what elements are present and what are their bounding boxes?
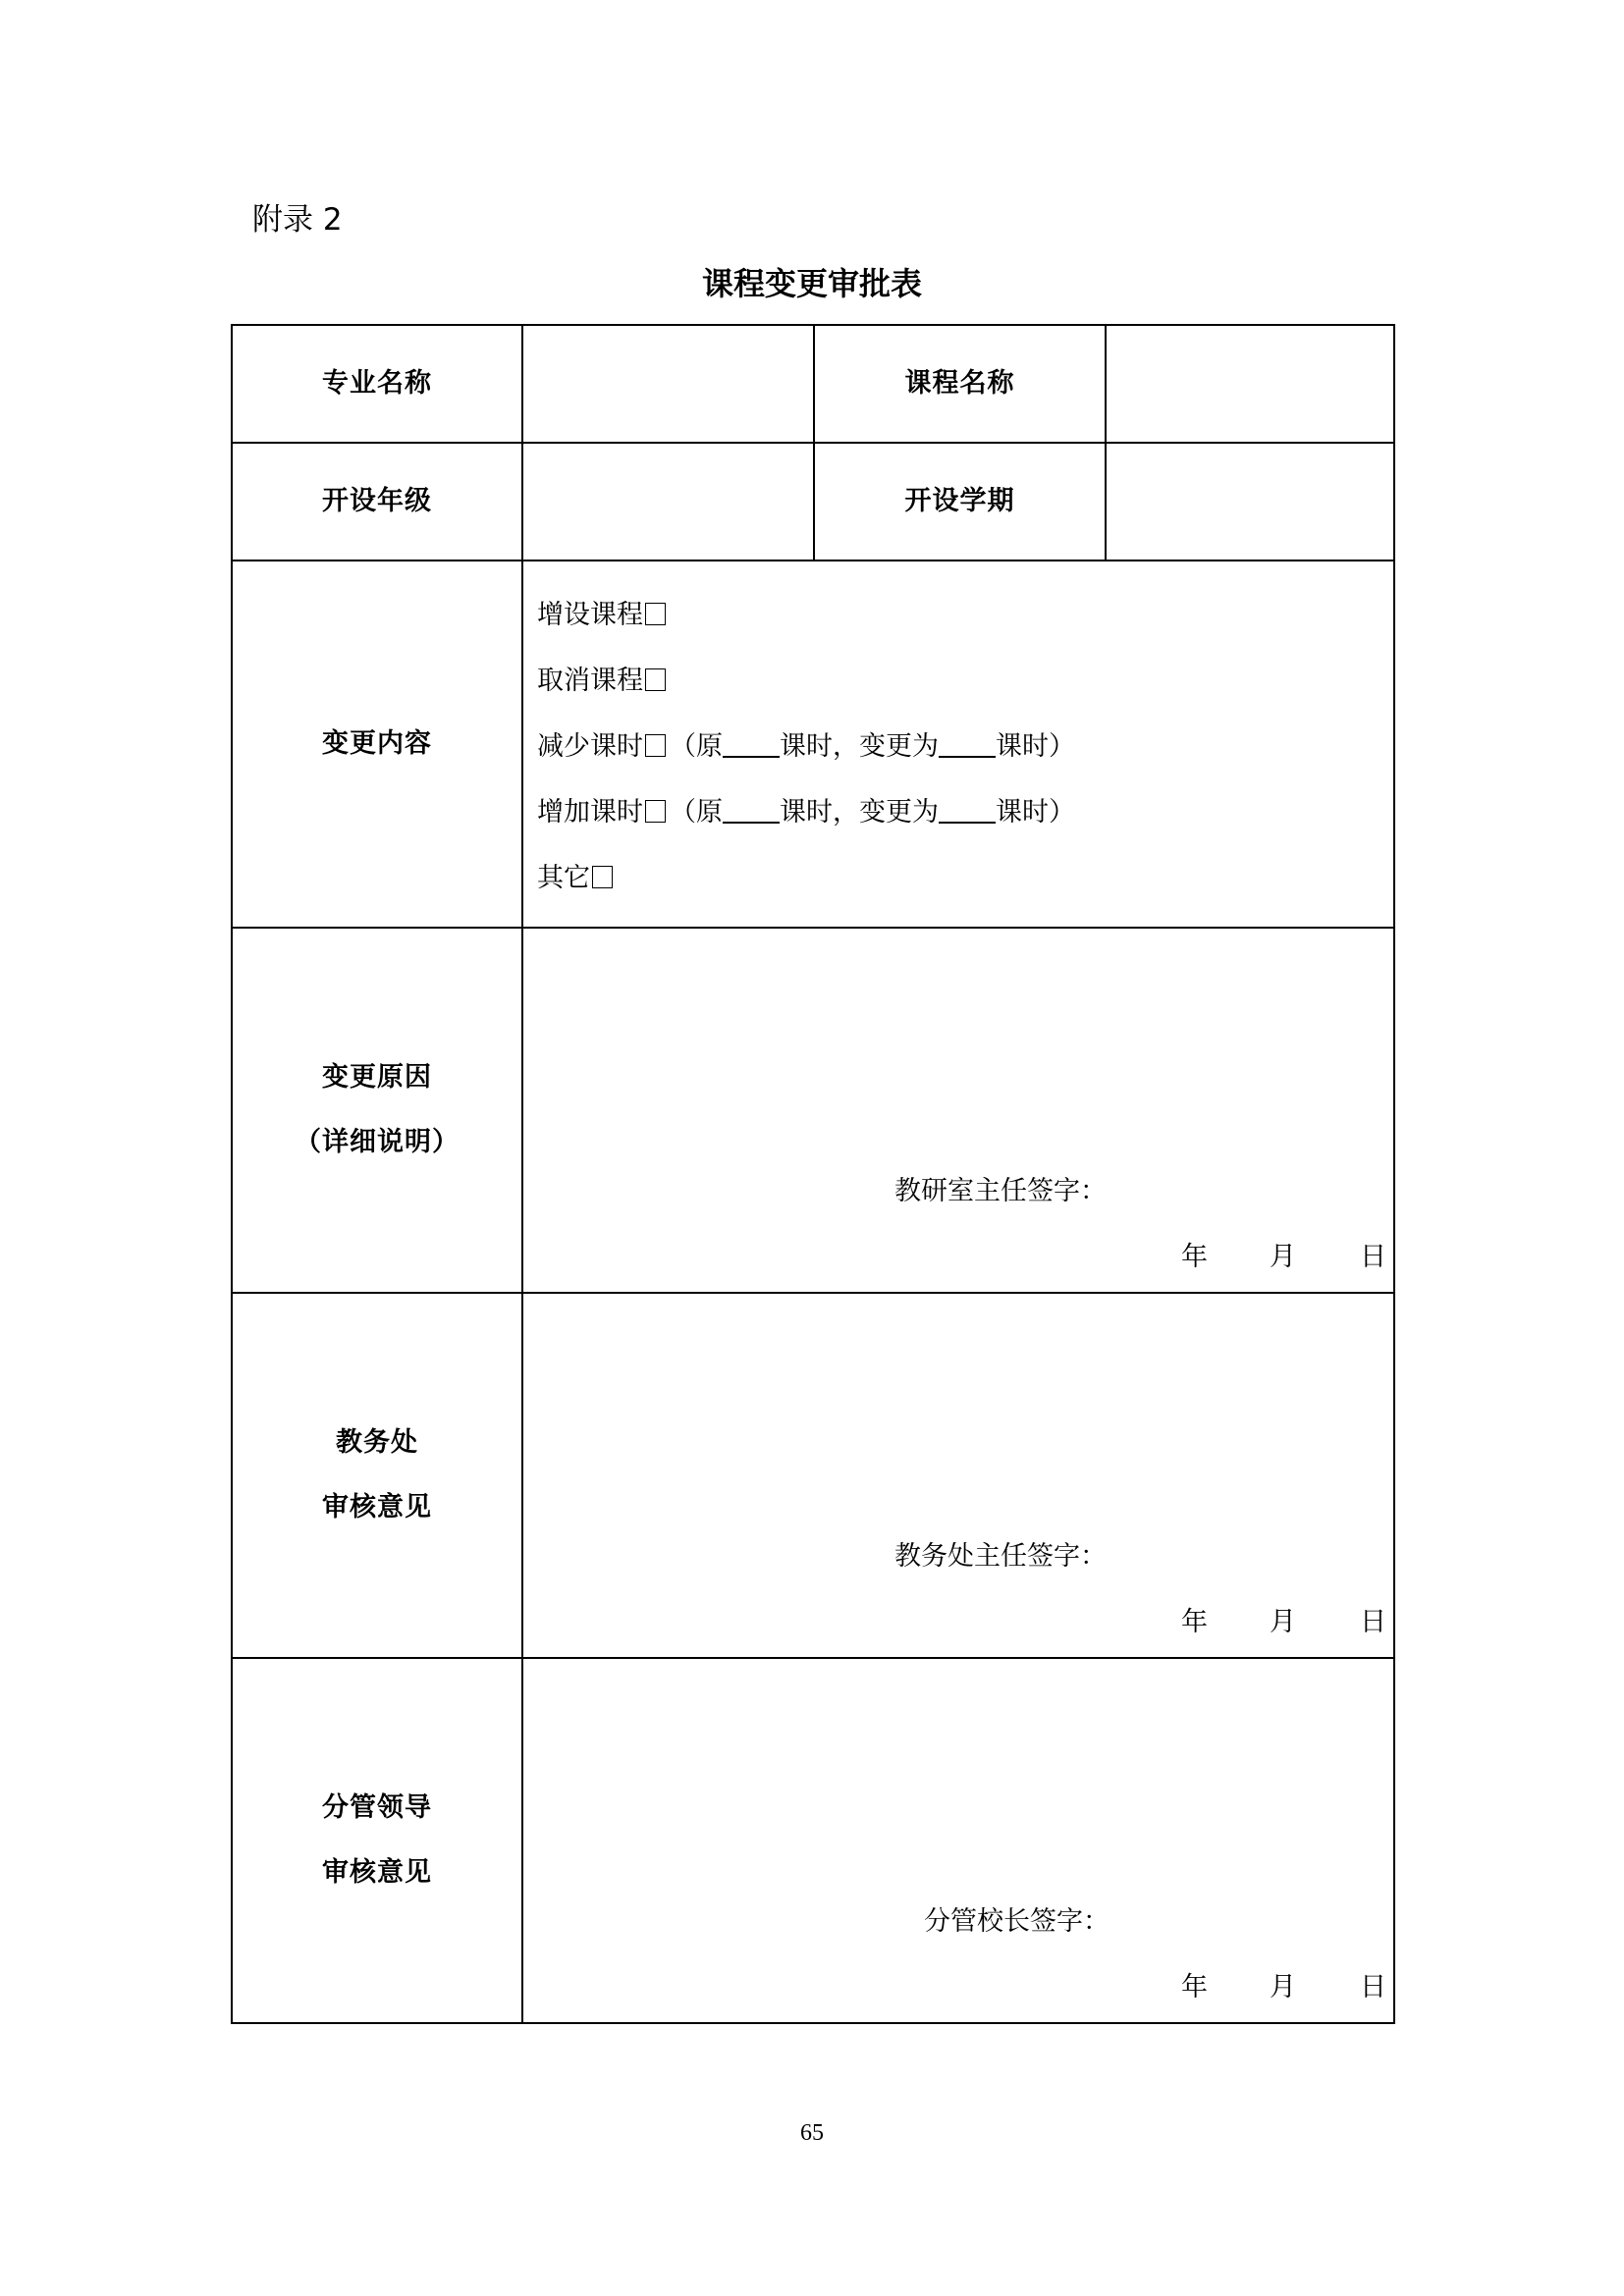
date-day-label: 日 <box>1360 1606 1386 1639</box>
checkbox-cancel-course[interactable] <box>645 668 666 691</box>
change-reason-field[interactable]: 教研室主任签字： 年 月 日 <box>522 928 1394 1293</box>
grade-field[interactable] <box>522 443 814 561</box>
appendix-label: 附录 2 <box>252 201 343 239</box>
checkbox-reduce-hours[interactable] <box>645 734 666 757</box>
option-cancel-course: 取消课程 <box>537 648 1393 714</box>
course-name-field[interactable] <box>1106 325 1394 443</box>
course-change-approval-form: 专业名称 课程名称 开设年级 开设学期 变更内容 增设课程 取消课程 <box>231 324 1395 2024</box>
form-row-change-content: 变更内容 增设课程 取消课程 减少课时（原课时，变更为课时） 增加课时（原课时，… <box>232 561 1394 928</box>
form-title: 课程变更审批表 <box>0 265 1624 302</box>
vice-principal-signature-label: 分管校长签字： <box>924 1905 1110 1939</box>
original-hours-blank-increase[interactable] <box>723 798 780 824</box>
leader-review-opinion-field[interactable]: 分管校长签字： 年 月 日 <box>522 1658 1394 2023</box>
leader-review-label: 分管领导 审核意见 <box>232 1658 522 2023</box>
date-year-label: 年 <box>1181 1971 1208 2004</box>
semester-field[interactable] <box>1106 443 1394 561</box>
option-other: 其它 <box>537 845 1393 911</box>
new-hours-blank-increase[interactable] <box>939 798 996 824</box>
form-row-academic-affairs: 教务处 审核意见 教务处主任签字： 年 月 日 <box>232 1293 1394 1658</box>
option-reduce-hours: 减少课时（原课时，变更为课时） <box>537 714 1393 779</box>
form-row-change-reason: 变更原因 （详细说明） 教研室主任签字： 年 月 日 <box>232 928 1394 1293</box>
semester-label: 开设学期 <box>814 443 1106 561</box>
major-name-label: 专业名称 <box>232 325 522 443</box>
form-row-major-course: 专业名称 课程名称 <box>232 325 1394 443</box>
option-add-course: 增设课程 <box>537 582 1393 648</box>
academic-affairs-label: 教务处 审核意见 <box>232 1293 522 1658</box>
date-row: 年 月 日 <box>523 1606 1393 1639</box>
academic-affairs-director-signature-label: 教务处主任签字： <box>894 1540 1107 1574</box>
checkbox-add-course[interactable] <box>645 603 666 625</box>
change-reason-label: 变更原因 （详细说明） <box>232 928 522 1293</box>
original-hours-blank-reduce[interactable] <box>723 732 780 758</box>
date-year-label: 年 <box>1181 1241 1208 1274</box>
date-month-label: 月 <box>1270 1241 1296 1274</box>
date-month-label: 月 <box>1270 1971 1296 2004</box>
checkbox-other[interactable] <box>592 866 613 888</box>
date-year-label: 年 <box>1181 1606 1208 1639</box>
teaching-office-director-signature-label: 教研室主任签字： <box>894 1175 1107 1208</box>
option-increase-hours: 增加课时（原课时，变更为课时） <box>537 779 1393 845</box>
academic-affairs-opinion-field[interactable]: 教务处主任签字： 年 月 日 <box>522 1293 1394 1658</box>
grade-label: 开设年级 <box>232 443 522 561</box>
date-row: 年 月 日 <box>523 1971 1393 2004</box>
date-month-label: 月 <box>1270 1606 1296 1639</box>
page-number: 65 <box>0 2118 1624 2148</box>
form-row-leader-review: 分管领导 审核意见 分管校长签字： 年 月 日 <box>232 1658 1394 2023</box>
date-day-label: 日 <box>1360 1241 1386 1274</box>
new-hours-blank-reduce[interactable] <box>939 732 996 758</box>
course-name-label: 课程名称 <box>814 325 1106 443</box>
checkbox-increase-hours[interactable] <box>645 800 666 823</box>
major-name-field[interactable] <box>522 325 814 443</box>
date-day-label: 日 <box>1360 1971 1386 2004</box>
change-content-options: 增设课程 取消课程 减少课时（原课时，变更为课时） 增加课时（原课时，变更为课时… <box>522 561 1394 928</box>
change-content-label: 变更内容 <box>232 561 522 928</box>
form-row-grade-semester: 开设年级 开设学期 <box>232 443 1394 561</box>
date-row: 年 月 日 <box>523 1241 1393 1274</box>
